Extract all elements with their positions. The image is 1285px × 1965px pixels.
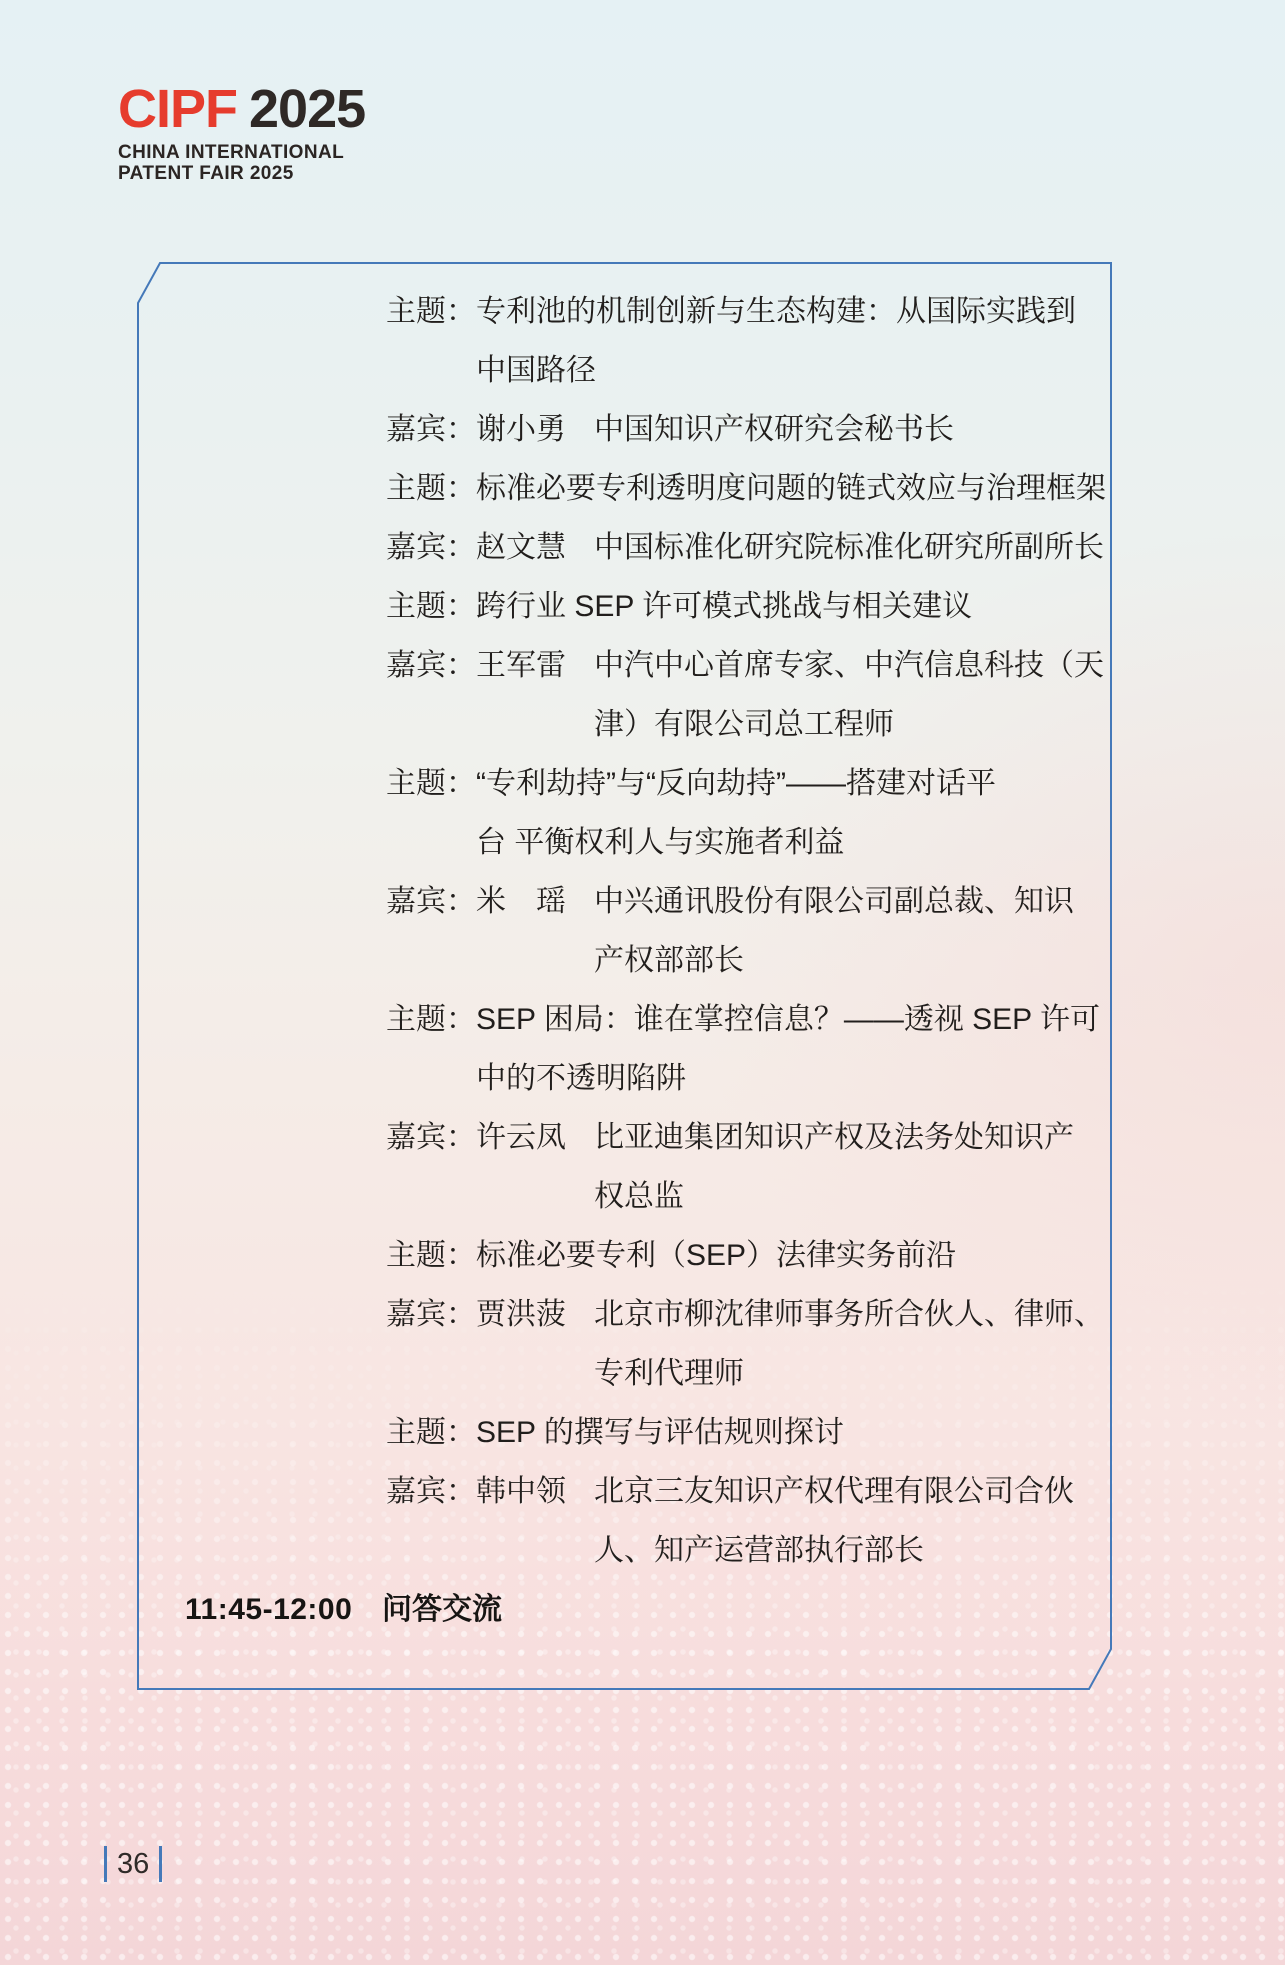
schedule-row: 主题： 标准必要专利透明度问题的链式效应与治理框架 [386,459,1092,518]
schedule-line: SEP 困局：谁在掌控信息？——透视 SEP 许可 [476,990,1100,1049]
row-label: 嘉宾： [386,1462,476,1521]
row-label: 嘉宾： [386,1108,476,1167]
schedule-line: 北京三友知识产权代理有限公司合伙 [594,1462,1074,1521]
row-content: 专利池的机制创新与生态构建：从国际实践到中国路径 [476,282,1076,400]
schedule-row: 嘉宾： 贾洪菠 北京市柳沈律师事务所合伙人、律师、专利代理师 [386,1285,1092,1403]
logo-subtitle-line2: PATENT FAIR 2025 [118,163,365,184]
row-content: SEP 的撰写与评估规则探讨 [476,1403,844,1462]
page: CIPF2025 CHINA INTERNATIONAL PATENT FAIR… [0,0,1285,1965]
cipf-logo: CIPF2025 CHINA INTERNATIONAL PATENT FAIR… [118,82,365,184]
row-label: 主题： [386,1226,476,1285]
schedule-rows: 主题： 专利池的机制创新与生态构建：从国际实践到中国路径 嘉宾： 谢小勇 中国知… [137,262,1112,1580]
row-content: 中汽中心首席专家、中汽信息科技（天津）有限公司总工程师 [594,636,1104,754]
schedule-line: 中国知识产权研究会秘书长 [594,400,954,459]
logo-subtitle: CHINA INTERNATIONAL PATENT FAIR 2025 [118,142,365,184]
schedule-line: 专利代理师 [594,1344,1104,1403]
schedule-line: 中兴通讯股份有限公司副总裁、知识 [594,872,1074,931]
row-label: 主题： [386,459,476,518]
qa-row: 11:45-12:00 问答交流 [137,1580,1112,1639]
qa-label: 问答交流 [382,1580,502,1639]
schedule-row: 嘉宾： 许云凤 比亚迪集团知识产权及法务处知识产权总监 [386,1108,1092,1226]
schedule-row: 嘉宾： 王军雷 中汽中心首席专家、中汽信息科技（天津）有限公司总工程师 [386,636,1092,754]
schedule-line: 比亚迪集团知识产权及法务处知识产 [594,1108,1074,1167]
schedule-line: 标准必要专利透明度问题的链式效应与治理框架 [476,459,1106,518]
schedule-row: 主题： “专利劫持”与“反向劫持”——搭建对话平台 平衡权利人与实施者利益 [386,754,1092,872]
schedule-line: 北京市柳沈律师事务所合伙人、律师、 [594,1285,1104,1344]
row-label: 主题： [386,754,476,813]
page-number: 36 [104,1846,162,1882]
schedule-line: 中汽中心首席专家、中汽信息科技（天 [594,636,1104,695]
guest-name: 王军雷 [476,636,566,695]
logo-brand: CIPF [118,79,237,139]
logo-row: CIPF2025 [118,82,365,136]
guest-name: 许云凤 [476,1108,566,1167]
schedule-line: 产权部部长 [594,931,1074,990]
row-label: 嘉宾： [386,518,476,577]
schedule-line: “专利劫持”与“反向劫持”——搭建对话平 [476,754,996,813]
guest-name: 贾洪菠 [476,1285,566,1344]
schedule-line: 中的不透明陷阱 [476,1049,1100,1108]
schedule-row: 嘉宾： 谢小勇 中国知识产权研究会秘书长 [386,400,1092,459]
schedule-line: 台 平衡权利人与实施者利益 [476,813,996,872]
schedule-row: 嘉宾： 韩中领 北京三友知识产权代理有限公司合伙人、知产运营部执行部长 [386,1462,1092,1580]
row-content: 中国标准化研究院标准化研究所副所长 [594,518,1104,577]
schedule-line: 中国路径 [476,341,1076,400]
row-content: 跨行业 SEP 许可模式挑战与相关建议 [476,577,972,636]
row-content: “专利劫持”与“反向劫持”——搭建对话平台 平衡权利人与实施者利益 [476,754,996,872]
row-content: SEP 困局：谁在掌控信息？——透视 SEP 许可中的不透明陷阱 [476,990,1100,1108]
schedule-line: 跨行业 SEP 许可模式挑战与相关建议 [476,577,972,636]
qa-time: 11:45-12:00 [185,1580,382,1639]
schedule-line: 中国标准化研究院标准化研究所副所长 [594,518,1104,577]
logo-subtitle-line1: CHINA INTERNATIONAL [118,142,365,163]
schedule-line: 标准必要专利（SEP）法律实务前沿 [476,1226,956,1285]
row-content: 中国知识产权研究会秘书长 [594,400,954,459]
row-label: 主题： [386,990,476,1049]
schedule-panel: 主题： 专利池的机制创新与生态构建：从国际实践到中国路径 嘉宾： 谢小勇 中国知… [137,262,1112,1690]
row-content: 北京三友知识产权代理有限公司合伙人、知产运营部执行部长 [594,1462,1074,1580]
row-content: 标准必要专利透明度问题的链式效应与治理框架 [476,459,1106,518]
row-label: 嘉宾： [386,636,476,695]
schedule-row: 主题： 跨行业 SEP 许可模式挑战与相关建议 [386,577,1092,636]
row-label: 嘉宾： [386,1285,476,1344]
schedule-line: 津）有限公司总工程师 [594,695,1104,754]
logo-year: 2025 [249,79,365,139]
schedule-line: 专利池的机制创新与生态构建：从国际实践到 [476,282,1076,341]
guest-name: 谢小勇 [476,400,566,459]
schedule-row: 嘉宾： 赵文慧 中国标准化研究院标准化研究所副所长 [386,518,1092,577]
guest-name: 赵文慧 [476,518,566,577]
row-label: 嘉宾： [386,400,476,459]
page-number-bar-right [159,1846,162,1882]
row-content: 中兴通讯股份有限公司副总裁、知识产权部部长 [594,872,1074,990]
row-label: 主题： [386,577,476,636]
schedule-line: 权总监 [594,1167,1074,1226]
schedule-row: 嘉宾： 米 瑶 中兴通讯股份有限公司副总裁、知识产权部部长 [386,872,1092,990]
schedule-row: 主题： 专利池的机制创新与生态构建：从国际实践到中国路径 [386,282,1092,400]
guest-name: 韩中领 [476,1462,566,1521]
row-content: 标准必要专利（SEP）法律实务前沿 [476,1226,956,1285]
guest-name: 米 瑶 [476,872,566,931]
row-label: 主题： [386,282,476,341]
row-label: 主题： [386,1403,476,1462]
schedule-line: 人、知产运营部执行部长 [594,1521,1074,1580]
row-content: 北京市柳沈律师事务所合伙人、律师、专利代理师 [594,1285,1104,1403]
schedule-row: 主题： SEP 困局：谁在掌控信息？——透视 SEP 许可中的不透明陷阱 [386,990,1092,1108]
row-content: 比亚迪集团知识产权及法务处知识产权总监 [594,1108,1074,1226]
page-number-value: 36 [107,1848,159,1881]
schedule-row: 主题： 标准必要专利（SEP）法律实务前沿 [386,1226,1092,1285]
schedule-row: 主题： SEP 的撰写与评估规则探讨 [386,1403,1092,1462]
schedule-line: SEP 的撰写与评估规则探讨 [476,1403,844,1462]
row-label: 嘉宾： [386,872,476,931]
